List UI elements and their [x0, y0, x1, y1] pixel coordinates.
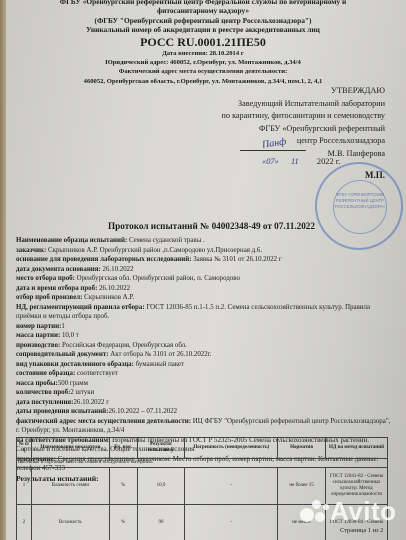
cell-unit: %: [109, 468, 137, 505]
field-sample-count: количество проб:2 штуки: [16, 388, 394, 398]
field-test-dates: даты проведения испытаний:26.10.2022 – 0…: [16, 407, 394, 417]
field-sample-mass: масса пробы:500 грамм: [16, 379, 394, 389]
field-batch-number: номер партии:1: [16, 322, 394, 332]
cell-uncertainty: -: [185, 505, 278, 540]
actual-address-label: Фактический адрес места осуществления де…: [0, 67, 406, 76]
approval-date: «07» 11 2022 г.: [262, 157, 340, 166]
col-uncertainty: Погрешность (неопределенность): [185, 438, 278, 459]
field-sampling-place: место отбора проб: Оренбургская обл. Оре…: [16, 274, 394, 284]
protocol-title: Протокол испытаний № 04002348-49 от 07.1…: [108, 221, 315, 231]
field-sampling-date: дата и время отбора проб: 26.10.2022: [16, 284, 394, 294]
approval-line3: ФГБУ «Оренбургский референтный: [205, 123, 385, 136]
field-sample-name: Наименование образца испытаний: Семена с…: [16, 236, 394, 246]
field-customer: заказчик: Скрыпников А.Р. Оренбургский р…: [16, 246, 394, 256]
table-header-row: № п/п Наименование показателя Ед. изм. Р…: [17, 438, 388, 459]
approval-line4: центр Россельхознадзора: [205, 135, 385, 148]
approval-year: 2022 г.: [317, 157, 340, 166]
table-section-row: Посевные и сортовые качества семян и пос…: [17, 459, 388, 468]
col-norm: Норматив: [278, 438, 326, 459]
page-number: Страница 1 из 2: [340, 527, 383, 534]
field-sampling-rules: НД, регламентирующий правила отбора: ГОС…: [16, 303, 394, 322]
section-title: Посевные и сортовые качества семян и пос…: [17, 459, 388, 468]
field-batch-mass: масса партии: 10,0 т: [16, 331, 394, 341]
cell-number: 2: [17, 505, 32, 540]
approval-line1: Заведующий Испытательной лаборатории: [205, 98, 385, 111]
watermark-text: Avito: [330, 496, 397, 527]
field-sampled-by: отбор проб произвел: Скрыпников А.Р.: [16, 293, 394, 303]
field-accompanying-doc: сопроводительный документ: Акт отбора № …: [16, 350, 394, 360]
col-unit: Ед. изм.: [109, 438, 137, 459]
col-indicator: Наименование показателя: [31, 438, 109, 459]
accreditation-number: РОСС RU.0001.21ПЕ50: [0, 35, 406, 49]
cell-indicator: Влажность семян: [31, 468, 109, 505]
cell-uncertainty: -: [185, 468, 278, 505]
col-method: НД на метод испытаний: [326, 438, 388, 459]
approval-title: УТВЕРЖДАЮ: [205, 85, 385, 98]
field-production: производство: Российская Федерация, Орен…: [16, 341, 394, 351]
cell-result: 10,9: [137, 468, 185, 505]
approval-line2: по карантину, фитосанитарии и семеноводс…: [205, 110, 385, 123]
field-receipt-date: дата поступления:26.10.2022 г: [16, 398, 394, 408]
cell-result: 90: [137, 505, 185, 540]
field-basis: основание для проведения лабораторных ис…: [16, 255, 394, 265]
field-packaging: вид упаковки доставленного образца: бума…: [16, 360, 394, 370]
signature-line: [240, 150, 306, 151]
accreditation-caption: Уникальный номер об аккредитации в реест…: [0, 25, 406, 34]
field-sample-condition: состояние образца: соответствует: [16, 369, 394, 379]
col-result: Результат испытаний: [137, 438, 185, 459]
avito-watermark: Avito: [300, 496, 397, 527]
cell-number: 1: [17, 468, 32, 505]
entry-date: Дата внесения: 28.10.2014 г: [0, 49, 406, 58]
cell-unit: %: [109, 505, 137, 540]
org-short-name: (ФГБУ "Оренбургский референтный центр Ро…: [0, 16, 406, 25]
field-basis-date: дата документа основания: 26.10.2022: [16, 265, 394, 275]
stamp-text: ФГБУ «ОРЕНБУРГСКИЙ РЕФЕРЕНТНЫЙ ЦЕНТР РОС…: [325, 192, 395, 210]
avito-logo-icon: [300, 500, 330, 524]
field-lab-address: фактический адрес места осуществления де…: [16, 417, 394, 436]
approval-day: «07»: [262, 157, 279, 166]
seal-label: М.П.: [365, 170, 385, 180]
legal-address: Юридический адрес: 460052, г.Оренбург, у…: [0, 58, 406, 67]
document-header: ФГБУ «Оренбургский референтный центр Фед…: [0, 0, 406, 86]
approval-month: 11: [291, 157, 299, 166]
cell-indicator: Всхожесть: [31, 505, 109, 540]
col-number: № п/п: [17, 438, 32, 459]
org-name-line2: фитосанитарному надзору»: [0, 6, 406, 15]
